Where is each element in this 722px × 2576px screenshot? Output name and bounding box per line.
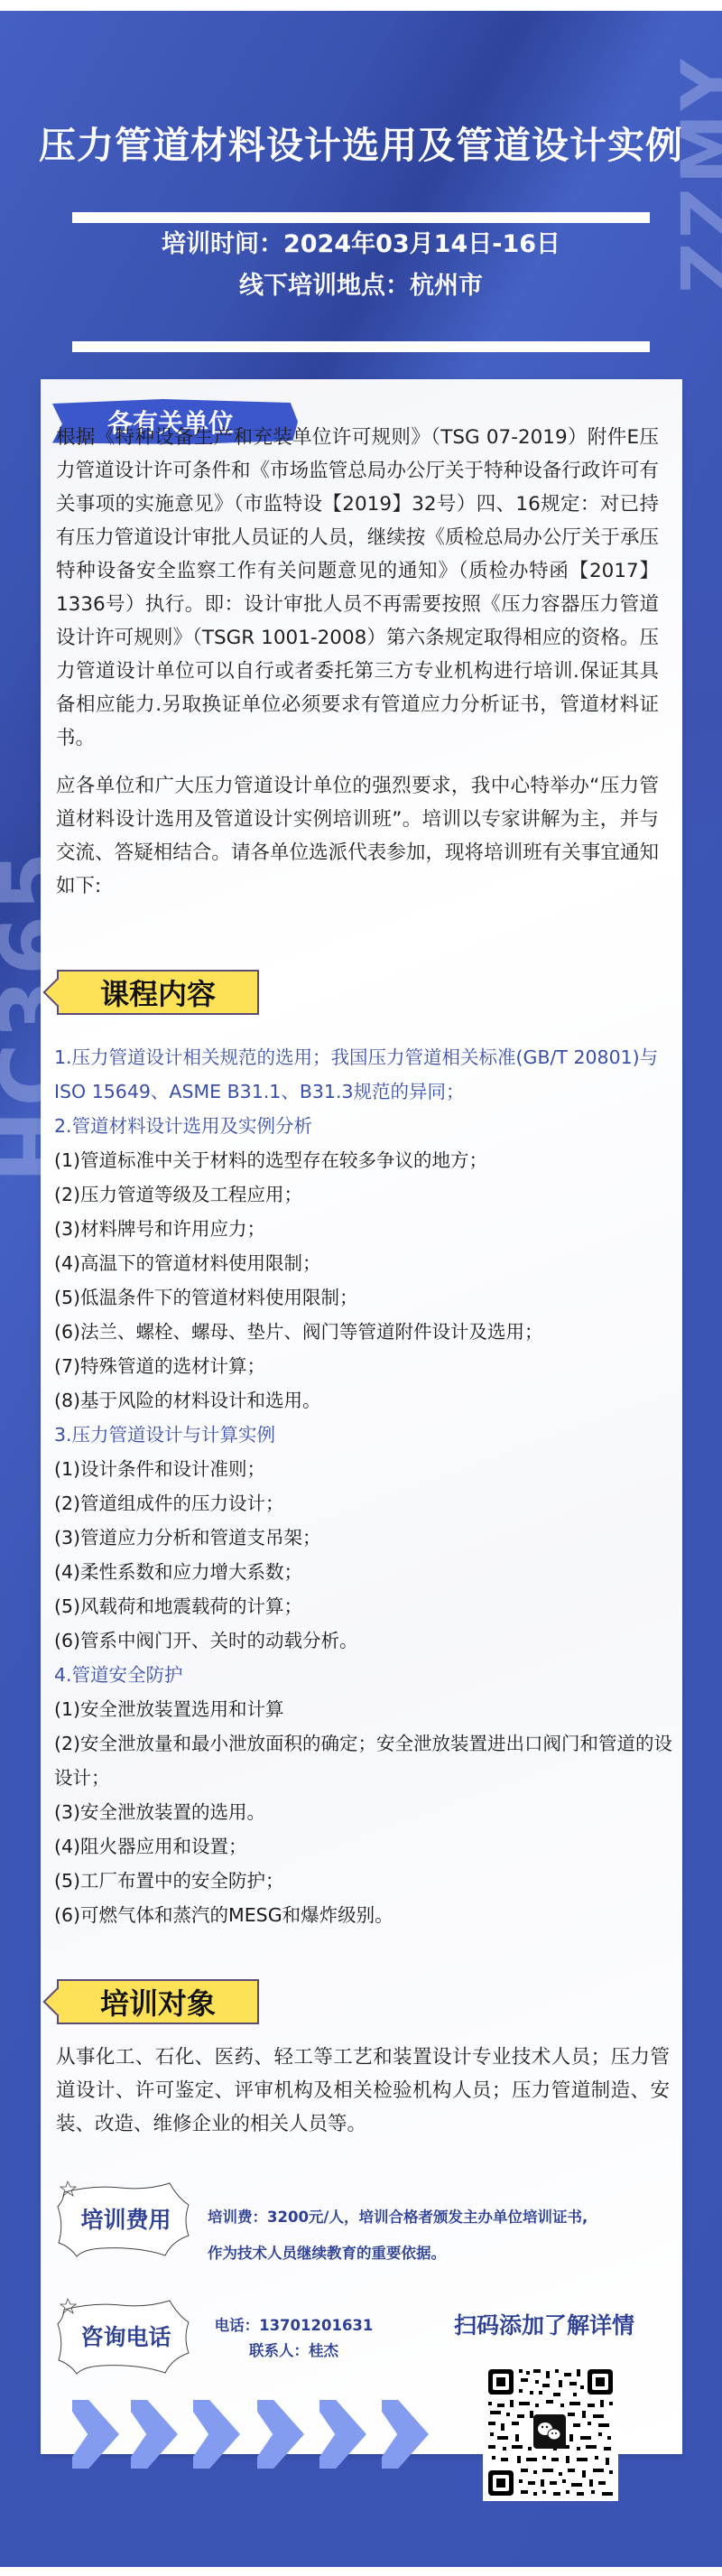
intro-paragraph-1: 根据《特种设备生产和充装单位许可规则》（TSG 07-2019）附件E压力管道设… [56,421,659,755]
course-item: (7)特殊管道的选材计算； [54,1349,677,1383]
course-item: (4)柔性系数和应力增大系数； [54,1555,677,1589]
target-audience-text: 从事化工、石化、医药、轻工等工艺和装置设计专业技术人员；压力管道设计、许可鉴定、… [56,2041,670,2141]
contact-details: 电话：13701201631 联系人：桂杰 [206,2313,382,2364]
contact-label: 咨询电话 [57,2297,195,2375]
course-item: (1)设计条件和设计准则； [54,1452,677,1486]
course-item: (5)风载荷和地震载荷的计算； [54,1589,677,1623]
course-item: (1)管道标准中关于材料的选型存在较多争议的地方； [54,1143,677,1177]
course-item: (5)低温条件下的管道材料使用限制； [54,1280,677,1315]
course-item: (5)工厂布置中的安全防护； [54,1864,677,1898]
divider-top [72,212,650,223]
wechat-qr-code[interactable] [483,2364,618,2501]
contact-bubble: 咨询电话 [57,2297,195,2375]
fee-details: 培训费：3200元/人，培训合格者颁发主办单位培训证书, 作为技术人员继续教育的… [208,2199,677,2272]
fee-bubble: 培训费用 [57,2180,195,2257]
contact-phone[interactable]: 电话：13701201631 [206,2313,382,2339]
intro-paragraph-2: 应各单位和广大压力管道设计单位的强烈要求，我中心特举办“压力管道材料设计选用及管… [56,769,659,903]
course-item: (3)安全泄放装置的选用。 [54,1795,677,1829]
course-item: (6)可燃气体和蒸汽的MESG和爆炸级别。 [54,1898,677,1932]
course-item: (2)安全泄放量和最小泄放面积的确定；安全泄放装置进出口阀门和管道的设设计； [54,1726,677,1795]
course-item: (3)材料牌号和许用应力； [54,1212,677,1246]
course-item: (3)管道应力分析和管道支吊架； [54,1520,677,1555]
divider-bottom [72,341,650,352]
fee-line-1: 培训费：3200元/人，培训合格者颁发主办单位培训证书, [208,2199,677,2236]
course-list: 1.压力管道设计相关规范的选用；我国压力管道相关标准(GB/T 20801)与I… [54,1040,677,1932]
course-item: (2)压力管道等级及工程应用； [54,1177,677,1212]
section-badge-target: 培训对象 [57,1979,259,2024]
contact-person: 联系人：桂杰 [206,2339,382,2364]
course-heading: 2.管道材料设计选用及实例分析 [54,1109,677,1143]
training-location: 线下培训地点：杭州市 [0,265,722,301]
course-item: (4)阻火器应用和设置； [54,1829,677,1864]
fee-label: 培训费用 [57,2180,195,2257]
course-item: (8)基于风险的材料设计和选用。 [54,1383,677,1418]
course-item: (6)法兰、螺栓、螺母、垫片、阀门等管道附件设计及选用； [54,1315,677,1349]
scan-prompt: 扫码添加了解详情 [440,2308,648,2340]
course-heading: 3.压力管道设计与计算实例 [54,1418,677,1452]
course-item: (4)高温下的管道材料使用限制； [54,1246,677,1280]
qr-code-icon [483,2364,618,2501]
course-item: (1)安全泄放装置选用和计算 [54,1692,677,1726]
section-badge-course: 课程内容 [57,970,259,1015]
fee-line-2: 作为技术人员继续教育的重要依据。 [208,2236,677,2272]
section-badge-label: 培训对象 [100,1981,216,2023]
course-heading: 1.压力管道设计相关规范的选用；我国压力管道相关标准(GB/T 20801)与I… [54,1040,677,1109]
section-badge-label: 课程内容 [100,972,216,1013]
course-heading: 4.管道安全防护 [54,1658,677,1692]
training-time: 培训时间：2024年03月14日-16日 [0,224,722,259]
course-item: (2)管道组成件的压力设计； [54,1486,677,1520]
course-item: (6)管系中阀门开、关时的动载分析。 [54,1623,677,1658]
page-title: 压力管道材料设计选用及管道设计实例 [0,116,722,169]
